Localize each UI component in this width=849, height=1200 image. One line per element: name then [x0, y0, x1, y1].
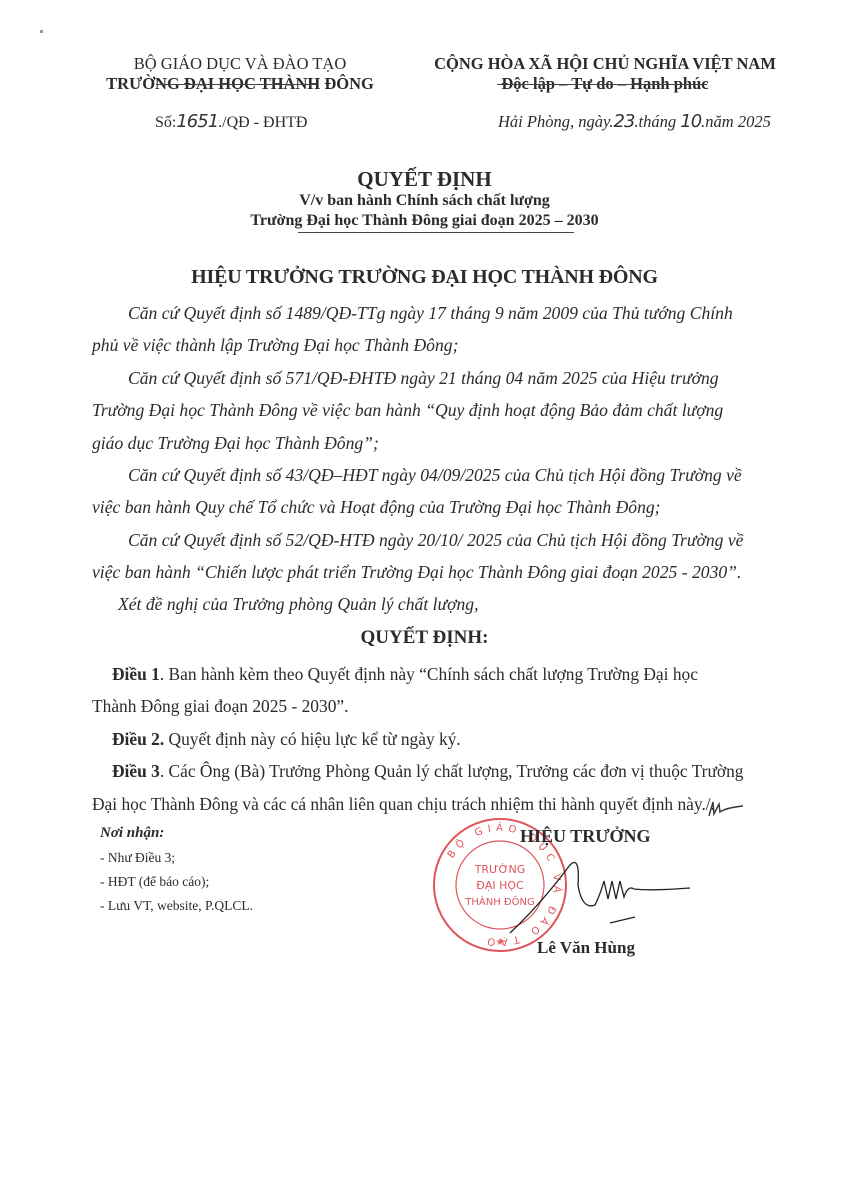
national-header: CỘNG HÒA XÃ HỘI CHỦ NGHĨA VIỆT NAM Độc l…	[405, 54, 805, 94]
recipient-item: - Như Điều 3;	[100, 850, 253, 866]
date-prefix: Hải Phòng, ngày	[498, 112, 609, 131]
date-month-label: .tháng	[634, 112, 676, 131]
article-label: Điều 1	[112, 664, 160, 684]
number-suffix: ./QĐ - ĐHTĐ	[218, 114, 307, 131]
recipient-item: - HĐT (để báo cáo);	[100, 874, 253, 890]
preamble-line: Xét đề nghị của Trưởng phòng Quản lý chấ…	[118, 594, 479, 615]
authority-heading: HIỆU TRƯỞNG TRƯỜNG ĐẠI HỌC THÀNH ĐÔNG	[0, 266, 849, 289]
initial-mark	[705, 798, 745, 820]
nation-name: CỘNG HÒA XÃ HỘI CHỦ NGHĨA VIỆT NAM	[405, 54, 805, 74]
preamble-line: Căn cứ Quyết định số 43/QĐ–HĐT ngày 04/0…	[128, 465, 742, 486]
subject-underline	[298, 232, 574, 233]
decision-heading: QUYẾT ĐỊNH:	[0, 627, 849, 649]
date-year: .năm 2025	[701, 112, 771, 131]
subject-line-1: V/v ban hành Chính sách chất lượng	[0, 192, 849, 210]
preamble-line: giáo dục Trường Đại học Thành Đông”;	[92, 433, 379, 454]
number-handwritten: 1651	[176, 111, 218, 132]
signer-title: HIỆU TRƯỞNG	[520, 826, 651, 847]
issuer-header: BỘ GIÁO DỤC VÀ ĐÀO TẠO TRƯỜNG ĐẠI HỌC TH…	[95, 54, 385, 94]
article-text: . Ban hành kèm theo Quyết định này “Chín…	[160, 664, 698, 684]
preamble-line: Căn cứ Quyết định số 52/QĐ-HTĐ ngày 20/1…	[128, 530, 744, 551]
article-text: Quyết định này có hiệu lực kể từ ngày ký…	[164, 729, 461, 749]
article-2: Điều 2. Quyết định này có hiệu lực kể từ…	[112, 729, 461, 750]
number-prefix: Số:	[155, 114, 176, 131]
issuer-underline	[156, 84, 316, 85]
article-label: Điều 2.	[112, 729, 164, 749]
motto-underline	[497, 84, 707, 85]
recipients-label: Nơi nhận:	[100, 825, 253, 842]
recipient-item: - Lưu VT, website, P.QLCL.	[100, 898, 253, 914]
preamble-line: Trường Đại học Thành Đông về việc ban hà…	[92, 400, 723, 421]
preamble-line: Căn cứ Quyết định số 1489/QĐ-TTg ngày 17…	[128, 303, 733, 324]
signer-name: Lê Văn Hùng	[537, 938, 635, 958]
article-text: . Các Ông (Bà) Trưởng Phòng Quản lý chất…	[160, 761, 744, 781]
scan-artifact	[40, 30, 43, 33]
preamble-line: Căn cứ Quyết định số 571/QĐ-ĐHTĐ ngày 21…	[128, 368, 719, 389]
document-date: Hải Phòng, ngày.23.tháng 10.năm 2025	[498, 111, 771, 132]
article-3: Điều 3. Các Ông (Bà) Trưởng Phòng Quản l…	[112, 761, 744, 782]
preamble-line: việc ban hành “Chiến lược phát triển Trư…	[92, 562, 741, 583]
date-day: 23	[614, 111, 635, 132]
subject-line-2: Trường Đại học Thành Đông giai đoạn 2025…	[0, 212, 849, 230]
recipients-block: Nơi nhận: - Như Điều 3; - HĐT (để báo cá…	[100, 825, 253, 914]
preamble-line: việc ban hành Quy chế Tổ chức và Hoạt độ…	[92, 497, 661, 518]
ministry-name: BỘ GIÁO DỤC VÀ ĐÀO TẠO	[95, 54, 385, 74]
handwritten-signature	[500, 855, 700, 945]
preamble-line: phủ về việc thành lập Trường Đại học Thà…	[92, 335, 458, 356]
article-1: Điều 1. Ban hành kèm theo Quyết định này…	[112, 664, 698, 685]
article-3-cont: Đại học Thành Đông và các cá nhân liên q…	[92, 794, 715, 815]
article-1-cont: Thành Đông giai đoạn 2025 - 2030”.	[92, 696, 348, 717]
article-label: Điều 3	[112, 761, 160, 781]
date-month: 10	[680, 111, 701, 132]
document-title: QUYẾT ĐỊNH	[0, 167, 849, 192]
document-number: Số:1651./QĐ - ĐHTĐ	[155, 111, 307, 132]
